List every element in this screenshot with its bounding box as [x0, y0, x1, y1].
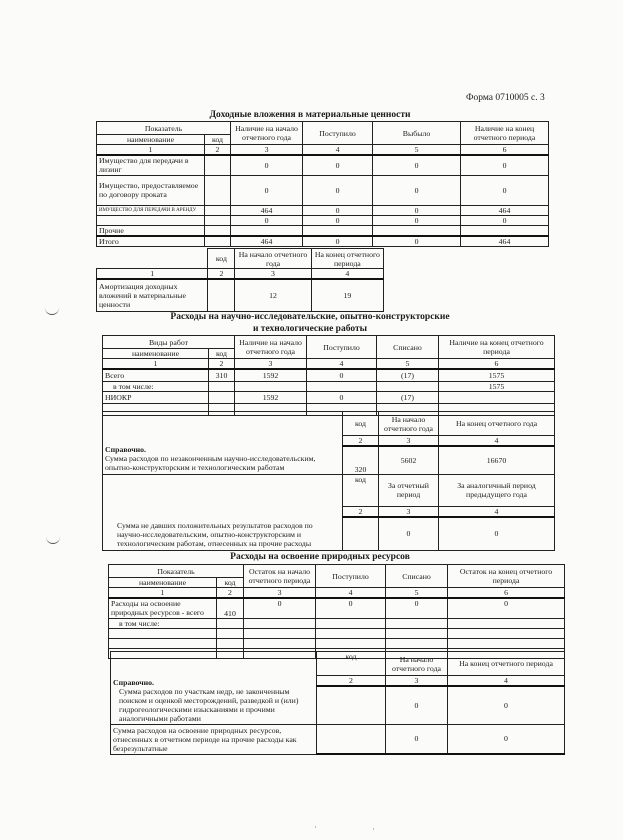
header-indicator: Показатель	[97, 122, 231, 135]
header-received: Поступило	[303, 122, 373, 145]
scan-speck: ·	[372, 824, 375, 834]
section2-title-line1: Расходы на научно-исследовательские, опы…	[120, 312, 500, 322]
header-name: наименование	[97, 135, 205, 145]
reference-text-1: Справочно. Сумма расходов по незаконченн…	[103, 412, 343, 475]
table-row: Прочие	[97, 225, 549, 236]
punch-hole-mark	[45, 308, 59, 315]
column-numbers: 1 2 3 4 5 6	[97, 145, 549, 156]
table-row: Расходы на освоение природных ресурсов -…	[109, 598, 565, 618]
reference-text-2: Сумма не давших положительных результато…	[103, 474, 343, 551]
header-disposed: Выбыло	[373, 122, 461, 145]
table-row: в том числе: 1575	[103, 381, 555, 391]
section2-table: Виды работ Наличие на начало отчетного г…	[102, 335, 555, 416]
section3-title: Расходы на освоение природных ресурсов	[130, 552, 510, 562]
table-row: в том числе:	[109, 618, 565, 628]
form-number: Форма 0710005 с. 3	[466, 93, 545, 103]
section3-reference-table: Справочно. Сумма расходов по участкам не…	[110, 651, 565, 755]
section1-title: Доходные вложения в материальные ценност…	[120, 110, 500, 120]
section1-table: Показатель Наличие на начало отчетного г…	[96, 121, 549, 247]
table-row	[109, 638, 565, 648]
table-row: Амортизация доходных вложений в материал…	[97, 279, 384, 311]
table-row	[109, 628, 565, 638]
header-end: Наличие на конец отчетного периода	[461, 122, 549, 145]
amortization-table: код На начало отчетного года На конец от…	[96, 248, 384, 312]
reference-text-2: Сумма расходов на освоение природных рес…	[111, 724, 317, 754]
section3-table: Показатель Остаток на начало отчетного п…	[108, 564, 565, 659]
scan-speck: ·	[314, 822, 317, 832]
table-row: Имущество, предоставляемое по договору п…	[97, 175, 549, 205]
table-row: 0 0 0 0	[97, 215, 549, 225]
table-row: НИОКР 1592 0 (17)	[103, 391, 555, 403]
table-row-total: Итого 464 0 0 464	[97, 236, 549, 247]
table-row: Всего 310 1592 0 (17) 1575	[103, 369, 555, 381]
header-start: Наличие на начало отчетного года	[231, 122, 303, 145]
punch-hole-mark	[46, 537, 60, 544]
reference-text-1: Справочно. Сумма расходов по участкам не…	[111, 652, 317, 725]
table-row: Имущество для передачи в лизинг 0 0 0 0	[97, 155, 549, 175]
section2-title-line2: и технологические работы	[120, 324, 500, 334]
table-row: ИМУЩЕСТВО ДЛЯ ПЕРЕДАЧИ В АРЕНДУ 464 0 0 …	[97, 205, 549, 215]
section2-reference-table: Справочно. Сумма расходов по незаконченн…	[102, 411, 555, 551]
header-code: код	[205, 135, 231, 145]
